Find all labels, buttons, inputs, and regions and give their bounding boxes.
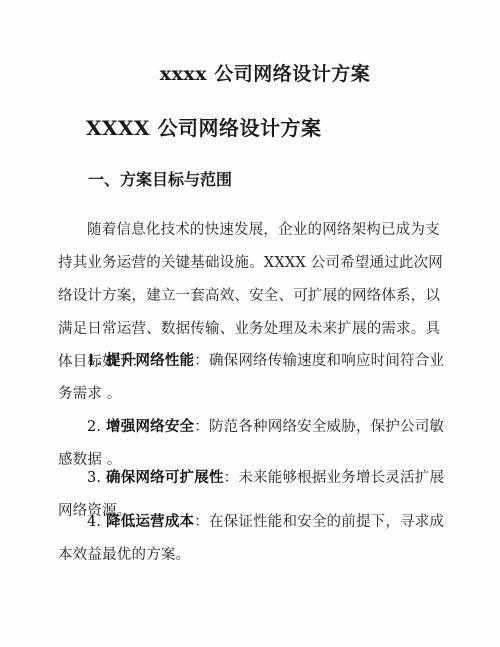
main-heading-text: 公司网络设计方案 (150, 116, 321, 140)
goal-label: 3. 确保网络可扩展性 (87, 470, 224, 486)
goal-item: 4. 降低运营成本：在保证性能和安全的前提下，寻求成本效益最优的方案。 (58, 506, 452, 572)
main-heading: XXXX 公司网络设计方案 (86, 113, 322, 143)
document-title-text: 公司网络设计方案 (207, 63, 370, 85)
goal-label: 2. 增强网络安全 (87, 419, 194, 435)
section-heading-goals-scope: 一、方案目标与范围 (88, 168, 232, 192)
document-page: xxxx 公司网络设计方案 XXXX 公司网络设计方案 一、方案目标与范围 随着… (0, 0, 500, 647)
goal-label: 1. 提升网络性能 (87, 353, 194, 369)
document-title-prefix: xxxx (160, 63, 207, 85)
main-heading-prefix: XXXX (86, 116, 150, 140)
goal-item: 1. 提升网络性能：确保网络传输速度和响应时间符合业务需求 。 (58, 345, 452, 411)
document-title: xxxx 公司网络设计方案 (0, 60, 500, 88)
goal-label: 4. 降低运营成本 (87, 514, 194, 530)
